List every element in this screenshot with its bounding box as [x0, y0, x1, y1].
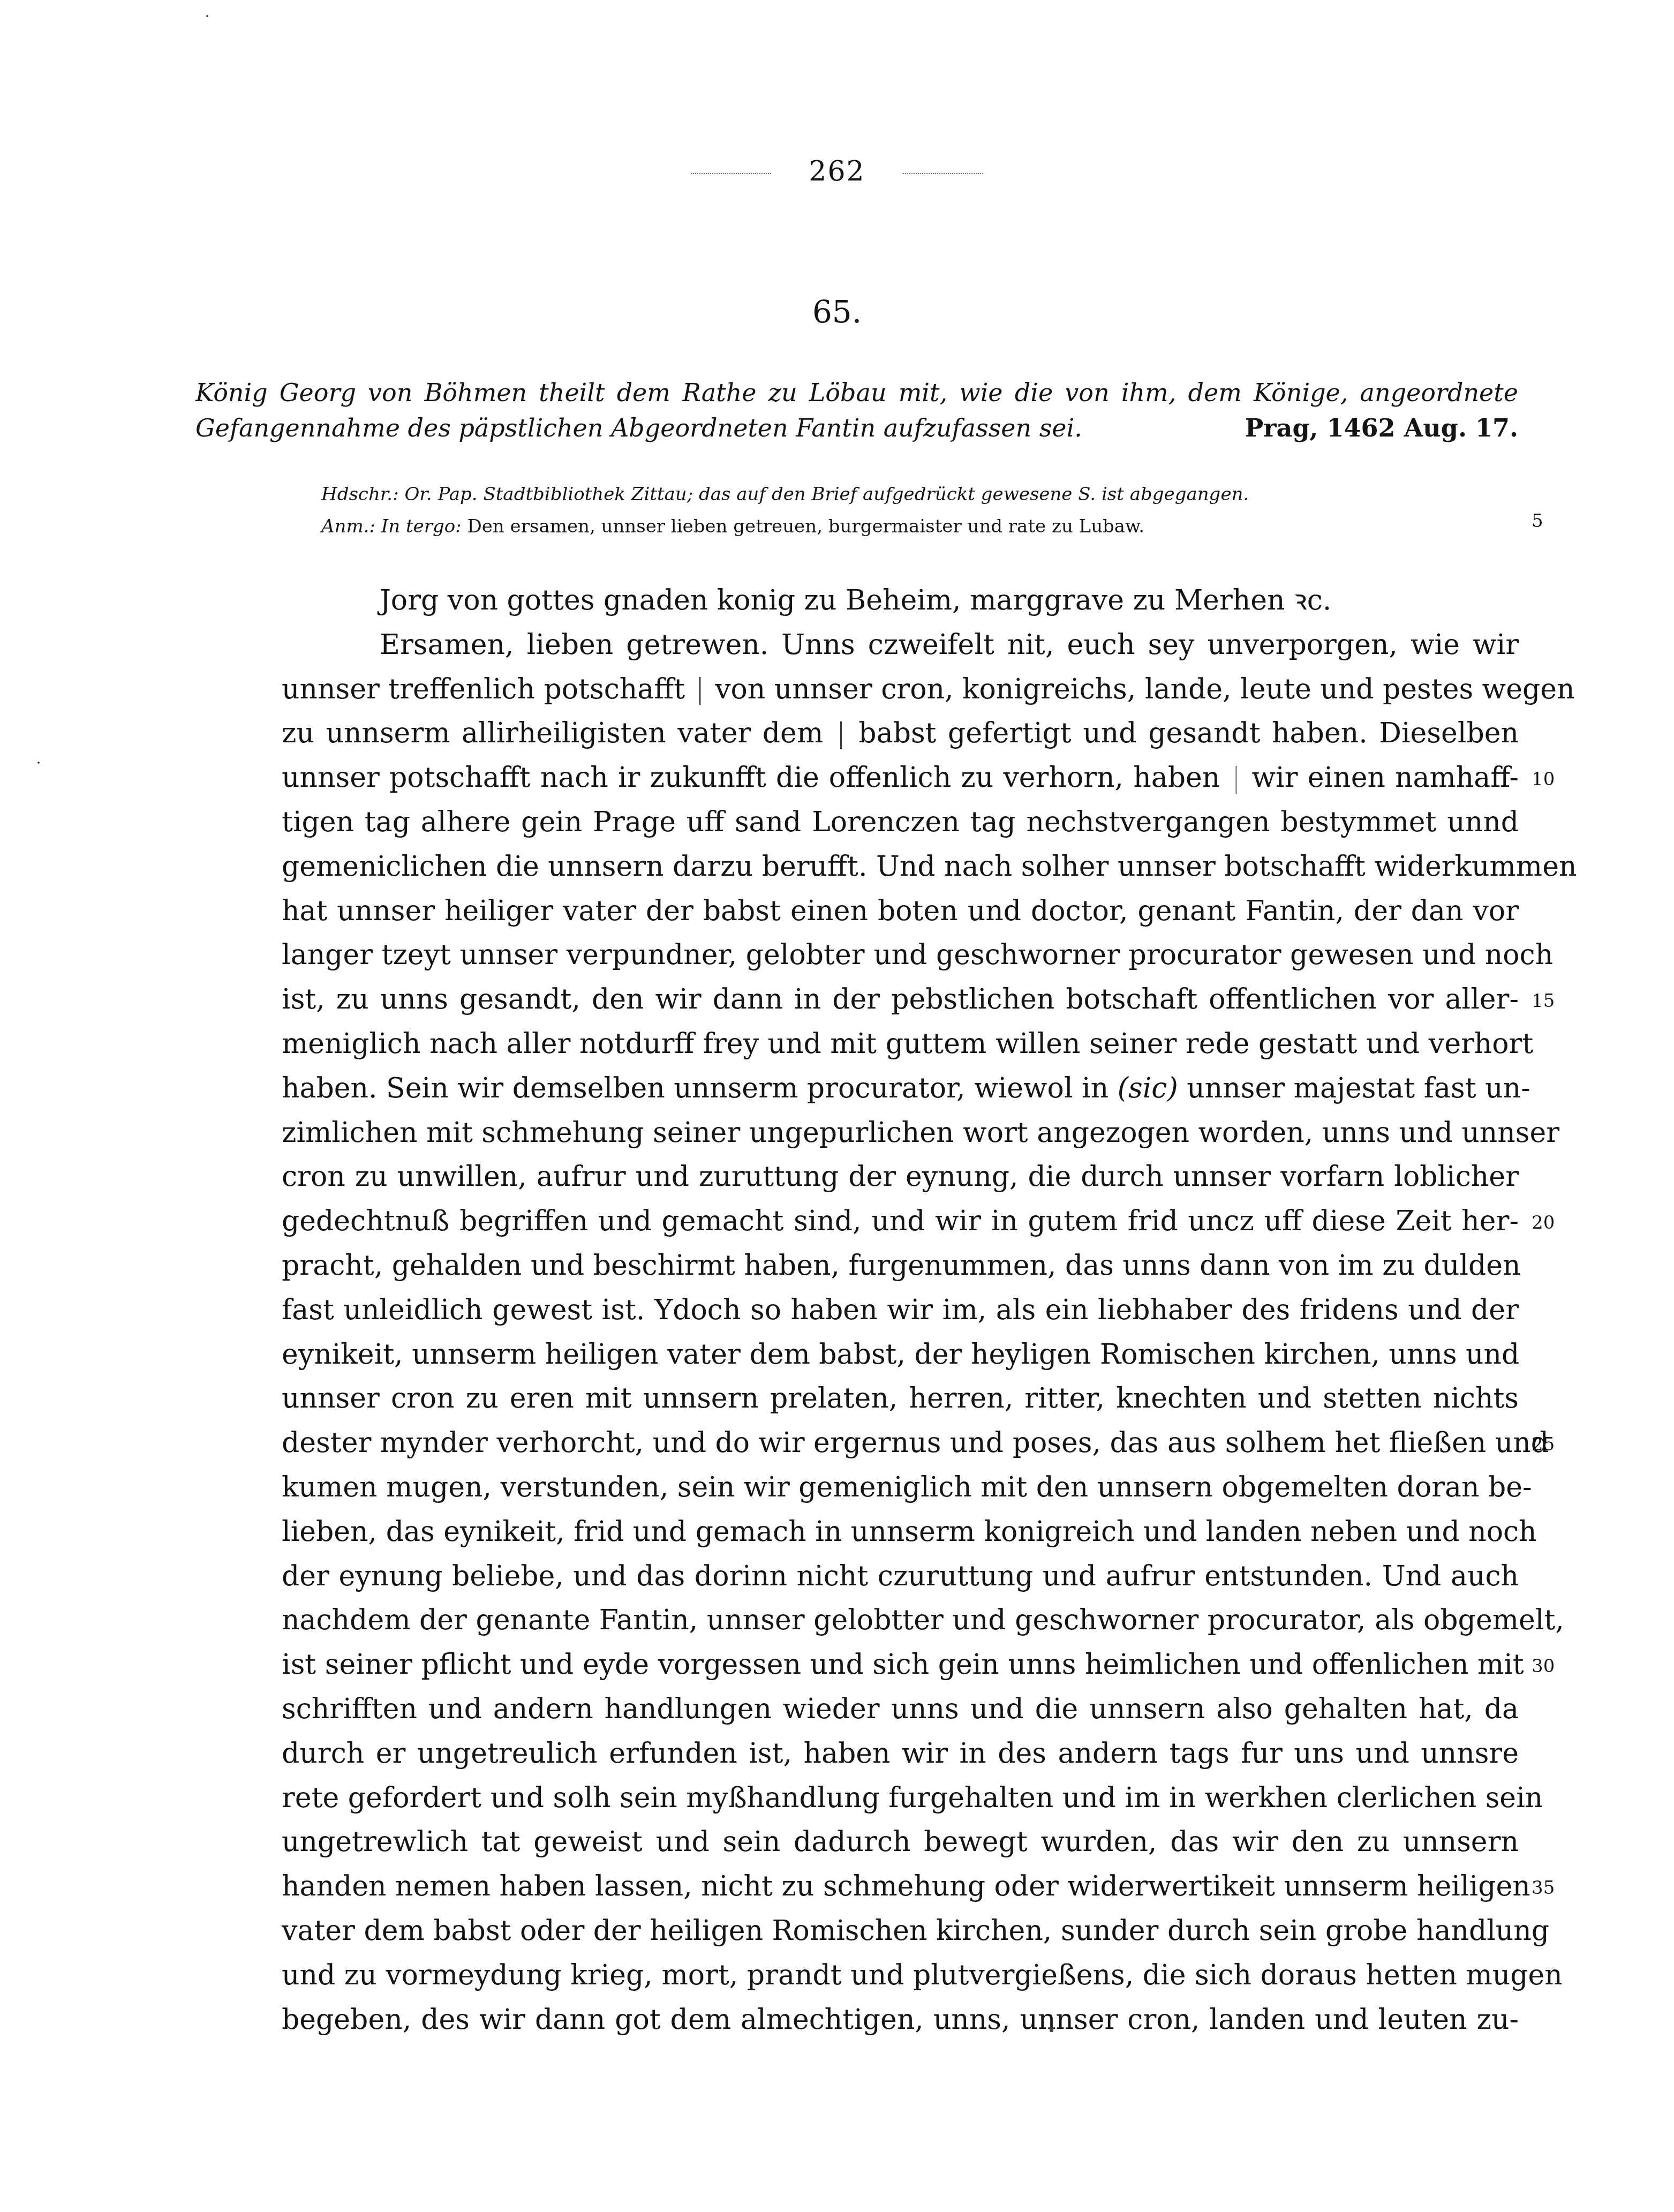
- margin-line-number: 30: [1532, 1656, 1555, 1677]
- annotation-label: Anm.:: [321, 516, 375, 537]
- manuscript-note: Hdschr.: Or. Pap. Stadtbibliothek Zittau…: [321, 478, 1521, 510]
- decorative-rule-right: [903, 173, 983, 174]
- margin-line-number: 15: [1532, 990, 1555, 1012]
- manuscript-text: Or. Pap. Stadtbibliothek Zittau; das auf…: [404, 484, 1249, 505]
- body-line: haben. Sein wir demselben unnserm procur…: [282, 1066, 1519, 1111]
- body-line: schrifften und andern handlungen wieder …: [282, 1687, 1519, 1732]
- sic-marker: (sic): [1118, 1072, 1178, 1104]
- body-line: eynikeit, unnserm heiligen vater dem bab…: [282, 1333, 1519, 1377]
- body-line: cron zu unwillen, aufrur und zuruttung d…: [282, 1155, 1519, 1199]
- body-line: rete gefordert und solh sein myßhandlung…: [282, 1776, 1519, 1820]
- manuscript-label: Hdschr.:: [321, 484, 399, 505]
- body-line: Jorg von gottes gnaden konig zu Beheim, …: [282, 578, 1519, 623]
- body-line: nachdem der genante Fantin, unnser gelob…: [282, 1598, 1519, 1643]
- heading-line-1: König Georg von Böhmen theilt dem Rathe …: [195, 375, 1518, 410]
- body-line: hat unnser heiliger vater der babst eine…: [282, 889, 1519, 934]
- margin-line-number: 25: [1532, 1434, 1555, 1455]
- document-number: 65.: [0, 294, 1674, 330]
- body-line: und zu vormeydung krieg, mort, prandt un…: [282, 1953, 1519, 1998]
- page-number: 262: [809, 155, 865, 187]
- page-break-mark: [699, 677, 701, 705]
- body-line: unnser cron zu eren mit unnsern prelaten…: [282, 1376, 1519, 1421]
- body-line: begeben, des wir dann got dem almechtige…: [282, 1998, 1519, 2042]
- body-line: gemeniclichen die unnsern darzu berufft.…: [282, 845, 1519, 889]
- body-line: der eynung beliebe, und das dorinn nicht…: [282, 1554, 1519, 1599]
- heading-line-2: Gefangennahme des päpstlichen Abgeordnet…: [195, 410, 1518, 446]
- body-line: gedechtnuß begriffen und gemacht sind, u…: [282, 1199, 1519, 1244]
- page-break-mark: [1235, 766, 1236, 794]
- decorative-rule-left: [691, 173, 771, 174]
- body-line: unnser potschafft nach ir zukunfft die o…: [282, 756, 1519, 800]
- body-line: dester mynder verhorcht, und do wir erge…: [282, 1421, 1519, 1465]
- margin-line-number: 20: [1532, 1212, 1555, 1233]
- body-line: handen nemen haben lassen, nicht zu schm…: [282, 1864, 1519, 1909]
- document-heading: König Georg von Böhmen theilt dem Rathe …: [195, 375, 1518, 446]
- body-line: ist seiner pflicht und eyde vorgessen un…: [282, 1643, 1519, 1687]
- document-date: Prag, 1462 Aug. 17.: [1245, 410, 1518, 446]
- scan-speck: [206, 15, 208, 17]
- body-line: ungetrewlich tat geweist und sein dadurc…: [282, 1820, 1519, 1864]
- scan-speck: [37, 762, 40, 764]
- body-line: kumen mugen, verstunden, sein wir gemeni…: [282, 1465, 1519, 1510]
- heading-line-2-text: Gefangennahme des päpstlichen Abgeordnet…: [195, 410, 1082, 446]
- body-line: meniglich nach aller notdurff frey und m…: [282, 1022, 1519, 1066]
- margin-line-number: 5: [1532, 510, 1543, 532]
- letter-body: Jorg von gottes gnaden konig zu Beheim, …: [282, 578, 1519, 2042]
- body-line: Ersamen, lieben getrewen. Unns czweifelt…: [282, 623, 1519, 667]
- margin-line-number: 10: [1532, 769, 1555, 790]
- source-notes: Hdschr.: Or. Pap. Stadtbibliothek Zittau…: [321, 478, 1521, 543]
- body-line: pracht, gehalden und beschirmt haben, fu…: [282, 1244, 1519, 1288]
- annotation-sublabel: In tergo:: [381, 516, 462, 537]
- body-line: langer tzeyt unnser verpundner, gelobter…: [282, 933, 1519, 977]
- annotation-text: Den ersamen, unnser lieben getreuen, bur…: [467, 516, 1144, 537]
- scan-speck: [1050, 2027, 1053, 2032]
- page-break-mark: [840, 721, 842, 749]
- body-line: tigen tag alhere gein Prage uff sand Lor…: [282, 800, 1519, 845]
- body-line: zimlichen mit schmehung seiner ungepurli…: [282, 1111, 1519, 1155]
- margin-line-number: 35: [1532, 1877, 1555, 1899]
- body-line: zu unnserm allirheiligisten vater dem ba…: [282, 711, 1519, 756]
- body-line: ist, zu unns gesandt, den wir dann in de…: [282, 977, 1519, 1022]
- body-line: fast unleidlich gewest ist. Ydoch so hab…: [282, 1288, 1519, 1333]
- body-line: lieben, das eynikeit, frid und gemach in…: [282, 1510, 1519, 1554]
- body-line: unnser treffenlich potschafft von unnser…: [282, 667, 1519, 712]
- annotation-note: Anm.: In tergo: Den ersamen, unnser lieb…: [321, 510, 1521, 543]
- page-header: 262: [0, 155, 1674, 187]
- body-line: vater dem babst oder der heiligen Romisc…: [282, 1909, 1519, 1953]
- body-line: durch er ungetreulich erfunden ist, habe…: [282, 1732, 1519, 1776]
